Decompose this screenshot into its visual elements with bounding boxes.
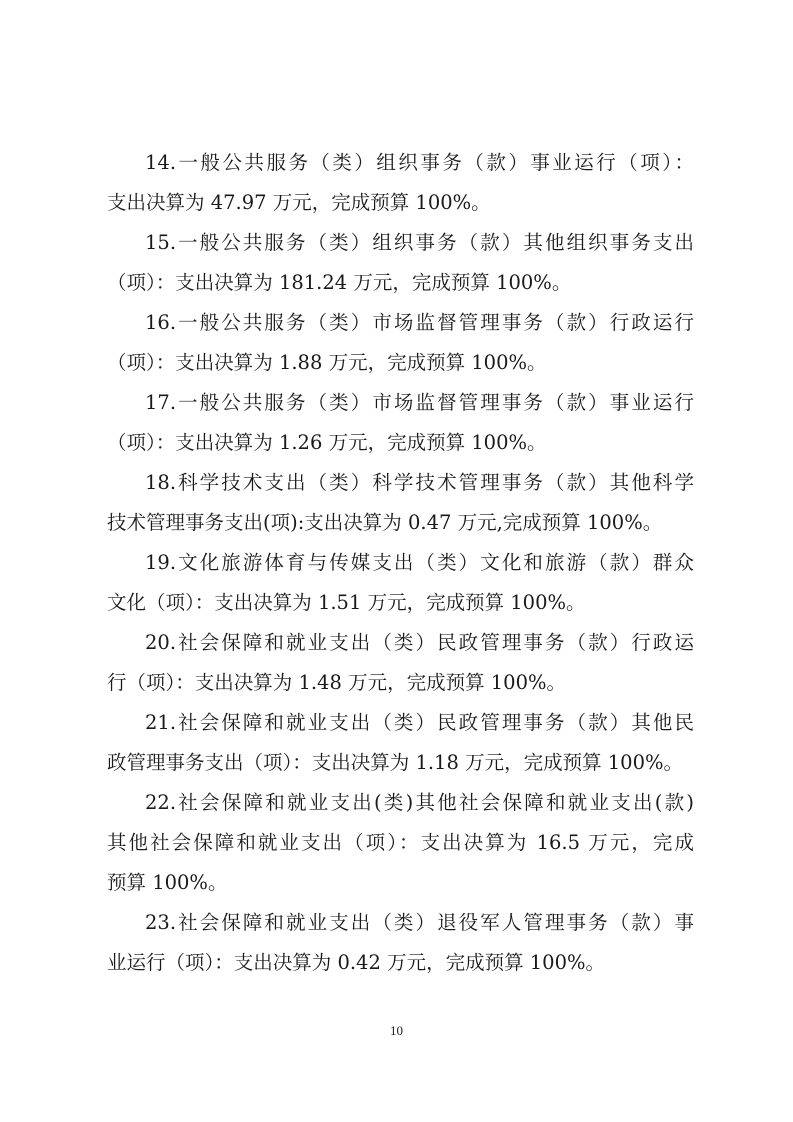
paragraph-line: （项）：支出决算为 1.88 万元，完成预算 100%。: [107, 343, 694, 383]
paragraph-19: 19.文化旅游体育与传媒支出（类）文化和旅游（款）群众 文化（项）：支出决算为 …: [107, 543, 694, 623]
paragraph-line: （项）：支出决算为 1.26 万元，完成预算 100%。: [107, 423, 694, 463]
paragraph-line: 行（项）：支出决算为 1.48 万元，完成预算 100%。: [107, 663, 694, 703]
paragraph-line: 预算 100%。: [107, 863, 694, 903]
paragraph-line: 20.社会保障和就业支出（类）民政管理事务（款）行政运: [107, 623, 694, 663]
paragraph-18: 18.科学技术支出（类）科学技术管理事务（款）其他科学 技术管理事务支出(项):…: [107, 463, 694, 543]
paragraph-line: 政管理事务支出（项）：支出决算为 1.18 万元，完成预算 100%。: [107, 743, 694, 783]
paragraph-line: 技术管理事务支出(项):支出决算为 0.47 万元,完成预算 100%。: [107, 503, 694, 543]
paragraph-line: 23.社会保障和就业支出（类）退役军人管理事务（款）事: [107, 903, 694, 943]
paragraph-line: 其他社会保障和就业支出（项）：支出决算为 16.5 万元，完成: [107, 823, 694, 863]
paragraph-15: 15.一般公共服务（类）组织事务（款）其他组织事务支出 （项）：支出决算为 18…: [107, 223, 694, 303]
paragraph-line: 18.科学技术支出（类）科学技术管理事务（款）其他科学: [107, 463, 694, 503]
paragraph-line: 文化（项）：支出决算为 1.51 万元，完成预算 100%。: [107, 583, 694, 623]
paragraph-line: 支出决算为 47.97 万元，完成预算 100%。: [107, 183, 694, 223]
paragraph-line: 19.文化旅游体育与传媒支出（类）文化和旅游（款）群众: [107, 543, 694, 583]
paragraph-14: 14.一般公共服务（类）组织事务（款）事业运行（项）： 支出决算为 47.97 …: [107, 143, 694, 223]
paragraph-16: 16.一般公共服务（类）市场监督管理事务（款）行政运行 （项）：支出决算为 1.…: [107, 303, 694, 383]
document-page: 14.一般公共服务（类）组织事务（款）事业运行（项）： 支出决算为 47.97 …: [0, 0, 793, 1122]
paragraph-line: 17.一般公共服务（类）市场监督管理事务（款）事业运行: [107, 383, 694, 423]
paragraph-line: （项）：支出决算为 181.24 万元，完成预算 100%。: [107, 263, 694, 303]
page-number: 10: [0, 1023, 793, 1039]
paragraph-line: 16.一般公共服务（类）市场监督管理事务（款）行政运行: [107, 303, 694, 343]
body-text: 14.一般公共服务（类）组织事务（款）事业运行（项）： 支出决算为 47.97 …: [107, 143, 694, 983]
paragraph-22: 22.社会保障和就业支出(类)其他社会保障和就业支出(款) 其他社会保障和就业支…: [107, 783, 694, 903]
paragraph-line: 14.一般公共服务（类）组织事务（款）事业运行（项）：: [107, 143, 694, 183]
paragraph-21: 21.社会保障和就业支出（类）民政管理事务（款）其他民 政管理事务支出（项）：支…: [107, 703, 694, 783]
paragraph-17: 17.一般公共服务（类）市场监督管理事务（款）事业运行 （项）：支出决算为 1.…: [107, 383, 694, 463]
paragraph-line: 22.社会保障和就业支出(类)其他社会保障和就业支出(款): [107, 783, 694, 823]
paragraph-20: 20.社会保障和就业支出（类）民政管理事务（款）行政运 行（项）：支出决算为 1…: [107, 623, 694, 703]
paragraph-line: 21.社会保障和就业支出（类）民政管理事务（款）其他民: [107, 703, 694, 743]
paragraph-line: 15.一般公共服务（类）组织事务（款）其他组织事务支出: [107, 223, 694, 263]
paragraph-line: 业运行（项）：支出决算为 0.42 万元，完成预算 100%。: [107, 943, 694, 983]
paragraph-23: 23.社会保障和就业支出（类）退役军人管理事务（款）事 业运行（项）：支出决算为…: [107, 903, 694, 983]
